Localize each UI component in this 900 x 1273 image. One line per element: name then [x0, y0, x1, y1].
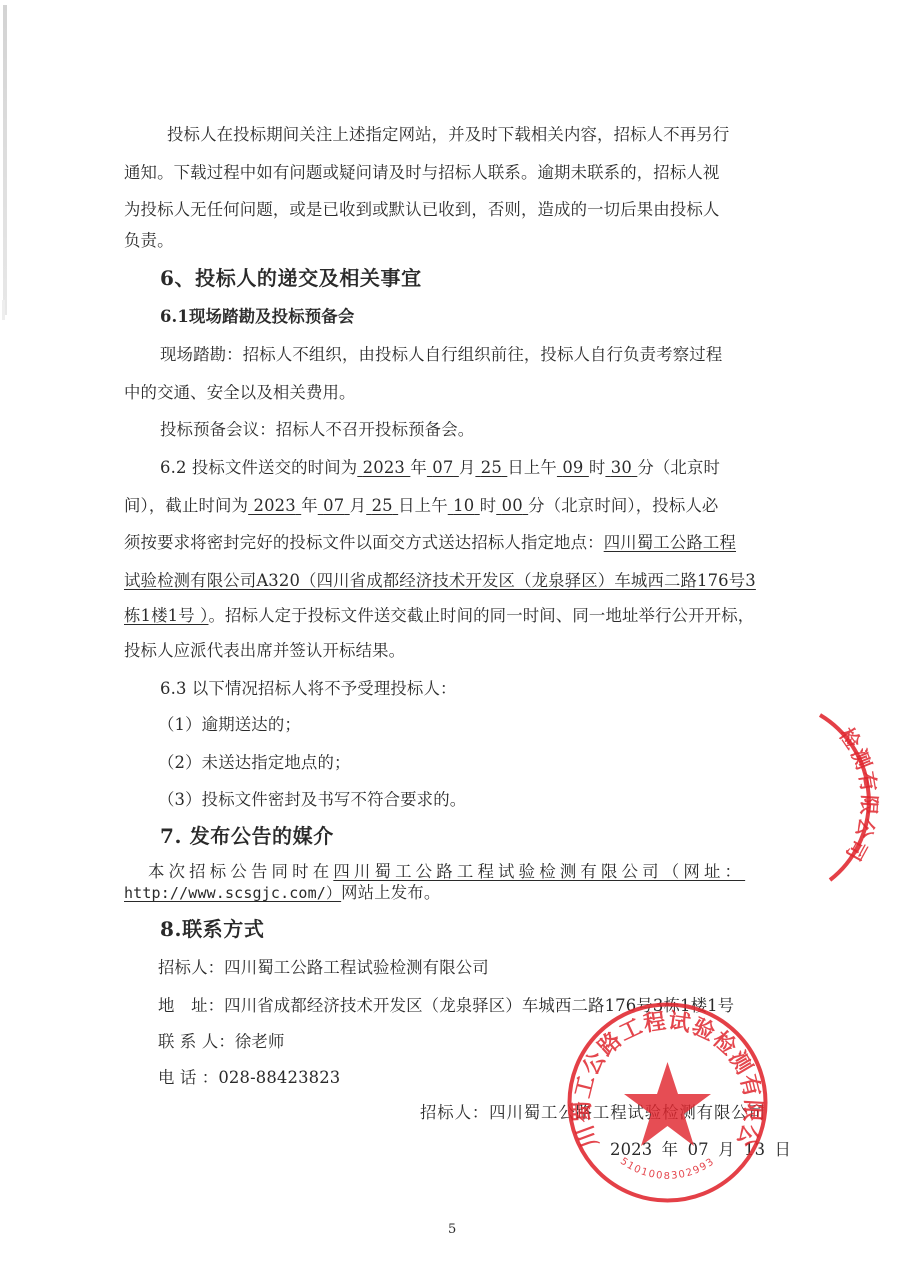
contact-address: 地 址：四川省成都经济技术开发区（龙泉驿区）车城西二路176号3栋1楼1号	[158, 996, 734, 1016]
intro-line: 通知。下载过程中如有问题或疑问请及时与招标人联系。逾期未联系的，招标人视	[124, 163, 719, 183]
signature-tenderer: 招标人：四川蜀工公路工程试验检测有限公司	[420, 1103, 766, 1123]
start-minute: 30	[605, 458, 637, 477]
bid-opening-line: 投标人应派代表出席并签认开标结果。	[124, 641, 405, 661]
submission-location: 试验检测有限公司A320（四川省成都经济技术开发区（龙泉驿区）车城西二路176号…	[124, 571, 756, 590]
contact-phone: 电 话 ：028-88423823	[158, 1068, 340, 1088]
rejection-item: （1）逾期送达的；	[158, 715, 301, 735]
contact-person: 联 系 人：徐老师	[158, 1032, 285, 1052]
intro-line: 投标人在投标期间关注上述指定网站，并及时下载相关内容，招标人不再另行	[167, 125, 729, 145]
site-visit-text: 中的交通、安全以及相关费用。	[124, 383, 356, 403]
publication-line: http://www.scsgjc.com/）网站上发布。	[124, 883, 440, 903]
end-day: 25	[366, 496, 398, 515]
submission-location-line: 试验检测有限公司A320（四川省成都经济技术开发区（龙泉驿区）车城西二路176号…	[124, 571, 756, 591]
start-hour: 09	[557, 458, 589, 477]
website-link[interactable]: http://www.scsgjc.com/）	[124, 884, 341, 902]
submission-location: 四川蜀工公路工程	[604, 533, 736, 552]
pre-bid-meeting-text: 投标预备会议：招标人不召开投标预备会。	[160, 420, 474, 440]
end-hour: 10	[448, 496, 480, 515]
svg-text:四川蜀工公路工程试验检测有限公司: 四川蜀工公路工程试验检测有限公司	[565, 1000, 766, 1151]
section-8-heading: 8.联系方式	[160, 919, 264, 939]
start-year: 2023	[357, 458, 410, 477]
rejection-item: （2）未送达指定地点的；	[158, 753, 351, 773]
rejection-item: （3）投标文件密封及书写不符合要求的。	[158, 790, 466, 810]
section-6-1-heading: 6.1现场踏勘及投标预备会	[160, 307, 354, 327]
label: 6.2 投标文件送交的时间为	[160, 458, 357, 477]
start-day: 25	[475, 458, 507, 477]
scan-edge-shadow	[3, 5, 7, 315]
submission-location-line: 须按要求将密封完好的投标文件以面交方式送达招标人指定地点：四川蜀工公路工程	[124, 533, 736, 553]
publication-line: 本次招标公告同时在四川蜀工公路工程试验检测有限公司（网址：	[148, 862, 745, 882]
submission-location: 栋1楼1号 ）	[124, 606, 208, 625]
end-year: 2023	[248, 496, 301, 515]
svg-text:检测有限公司: 检测有限公司	[834, 723, 881, 866]
publisher-link[interactable]: 四川蜀工公路工程试验检测有限公司（网址：	[333, 862, 745, 881]
signature-date: 2023 年 07 月 13 日	[610, 1140, 791, 1160]
page-number: 5	[448, 1222, 456, 1237]
end-month: 07	[318, 496, 350, 515]
intro-line: 负责。	[124, 231, 174, 251]
section-6-heading: 6、投标人的递交及相关事宜	[160, 268, 422, 288]
end-minute: 00	[496, 496, 528, 515]
scan-edge-shadow	[2, 300, 5, 320]
bid-opening-line: 栋1楼1号 ）。招标人定于投标文件送交截止时间的同一时间、同一地址举行公开开标，	[124, 606, 754, 626]
site-visit-text: 现场踏勘：招标人不组织，由投标人自行组织前往，投标人自行负责考察过程	[160, 345, 722, 365]
start-month: 07	[427, 458, 459, 477]
deadline-time-line: 间），截止时间为 2023 年 07 月 25 日上午 10 时 00 分（北京…	[124, 496, 718, 516]
contact-tenderer: 招标人：四川蜀工公路工程试验检测有限公司	[158, 958, 489, 978]
partial-seal-icon: 检测有限公司	[800, 710, 900, 885]
submission-time-line: 6.2 投标文件送交的时间为 2023 年 07 月 25 日上午 09 时 3…	[160, 458, 720, 478]
section-6-3-heading: 6.3 以下情况招标人将不予受理投标人：	[160, 679, 457, 699]
intro-line: 为投标人无任何问题，或是已收到或默认已收到，否则，造成的一切后果由投标人	[124, 200, 719, 220]
section-7-heading: 7. 发布公告的媒介	[160, 826, 334, 846]
